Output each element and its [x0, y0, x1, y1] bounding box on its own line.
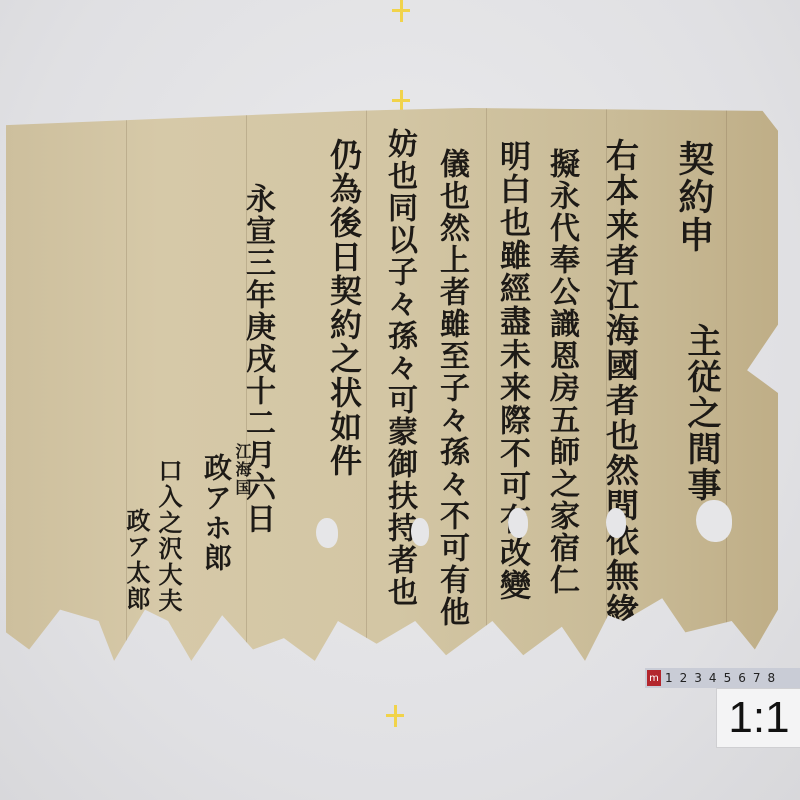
signer-name: 政アホ郎 — [202, 453, 230, 573]
alignment-marker-top — [392, 0, 410, 22]
text-column: 仍為後日契約之状如件 — [328, 138, 360, 478]
document-title: 契約申 — [676, 140, 712, 254]
text-column: 妨也同以子々孫々可蒙御扶持者也 — [384, 128, 414, 608]
alignment-marker-upper — [392, 90, 410, 112]
text-column: 右本来者江海國者也然間依無緣 — [604, 138, 637, 628]
scale-ratio-card: 1:1 — [716, 688, 800, 748]
text-column: 儀也然上者雖至子々孫々不可有他 — [436, 148, 466, 628]
paper-hole — [696, 500, 732, 542]
text-column: 擬永代奉公識恩房五師之家宿仁 — [546, 148, 576, 596]
paper-hole — [606, 508, 626, 538]
alignment-marker-bottom — [386, 705, 404, 727]
paper-hole — [411, 518, 429, 546]
witness-note: 口入之沢大夫 — [156, 458, 180, 614]
signer-name: 政ア太郎 — [124, 508, 148, 612]
measurement-ruler: m 1 2 3 4 5 6 7 8 — [645, 668, 800, 688]
ruler-unit-badge: m — [647, 670, 661, 686]
document-subtitle: 主従之間事 — [684, 323, 718, 503]
signer-place: 江海国 — [234, 443, 250, 497]
paper-hole — [316, 518, 338, 548]
paper-hole — [508, 508, 528, 538]
document-paper: 契約申 主従之間事 右本来者江海國者也然間依無緣 擬永代奉公識恩房五師之家宿仁 … — [6, 108, 778, 678]
